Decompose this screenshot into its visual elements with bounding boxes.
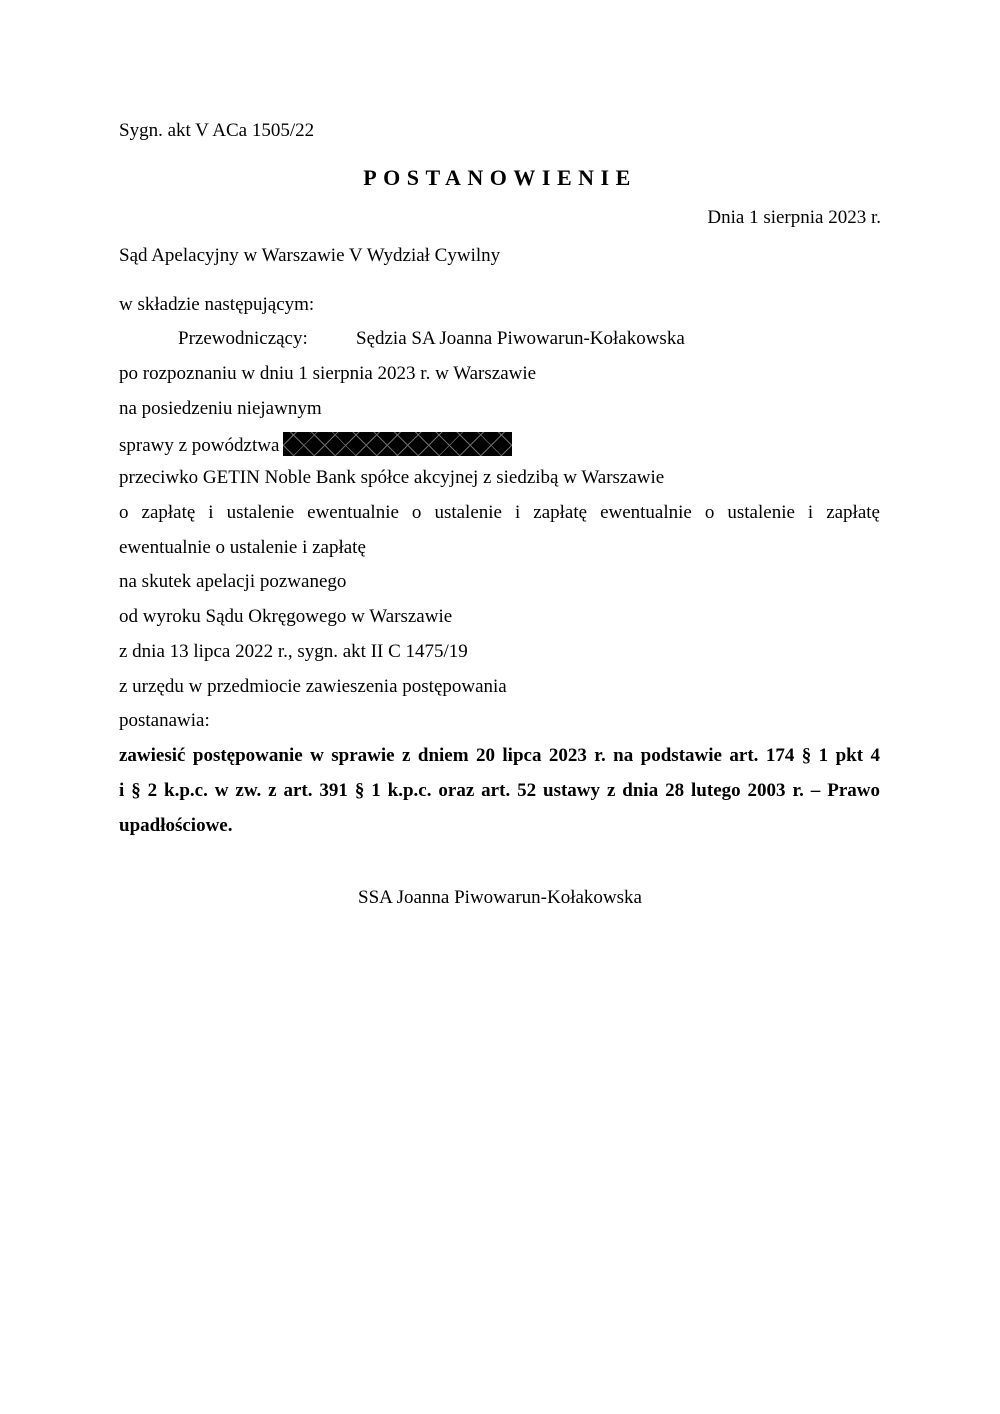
ruling-line-2: i § 2 k.p.c. w zw. z art. 391 § 1 k.p.c.… <box>119 779 880 803</box>
case-signature: Sygn. akt V ACa 1505/22 <box>119 119 314 143</box>
plaintiff-line: sprawy z powództwa <box>119 432 512 458</box>
panel-role: Przewodniczący: <box>178 327 356 351</box>
ruling-line-3: upadłościowe. <box>119 814 880 838</box>
decides-line: postanawia: <box>119 709 210 733</box>
panel-row: Przewodniczący:Sędzia SA Joanna Piwowaru… <box>178 327 685 351</box>
claim-line-2: ewentualnie o ustalenie i zapłatę <box>119 536 366 560</box>
redaction-block <box>283 432 512 456</box>
judge-signature: SSA Joanna Piwowarun-Kołakowska <box>0 886 1000 910</box>
appeal-line: na skutek apelacji pozwanego <box>119 570 346 594</box>
court-name: Sąd Apelacyjny w Warszawie V Wydział Cyw… <box>119 244 500 268</box>
judgment-date-line: z dnia 13 lipca 2022 r., sygn. akt II C … <box>119 640 468 664</box>
panel-judge: Sędzia SA Joanna Piwowarun-Kołakowska <box>356 328 685 349</box>
judgment-from-line: od wyroku Sądu Okręgowego w Warszawie <box>119 605 452 629</box>
defendant-line: przeciwko GETIN Noble Bank spółce akcyjn… <box>119 466 664 490</box>
plaintiff-prefix: sprawy z powództwa <box>119 435 279 456</box>
ruling-line-1: zawiesić postępowanie w sprawie z dniem … <box>119 744 880 768</box>
document-date: Dnia 1 sierpnia 2023 r. <box>707 206 881 230</box>
subject-line: z urzędu w przedmiocie zawieszenia postę… <box>119 675 507 699</box>
composition-intro: w składzie następującym: <box>119 293 314 317</box>
document-page: Sygn. akt V ACa 1505/22 POSTANOWIENIE Dn… <box>0 0 1000 1414</box>
hearing-line: po rozpoznaniu w dniu 1 sierpnia 2023 r.… <box>119 362 536 386</box>
document-title: POSTANOWIENIE <box>0 165 1000 191</box>
session-line: na posiedzeniu niejawnym <box>119 397 322 421</box>
claim-line-1: o zapłatę i ustalenie ewentualnie o usta… <box>119 501 880 525</box>
